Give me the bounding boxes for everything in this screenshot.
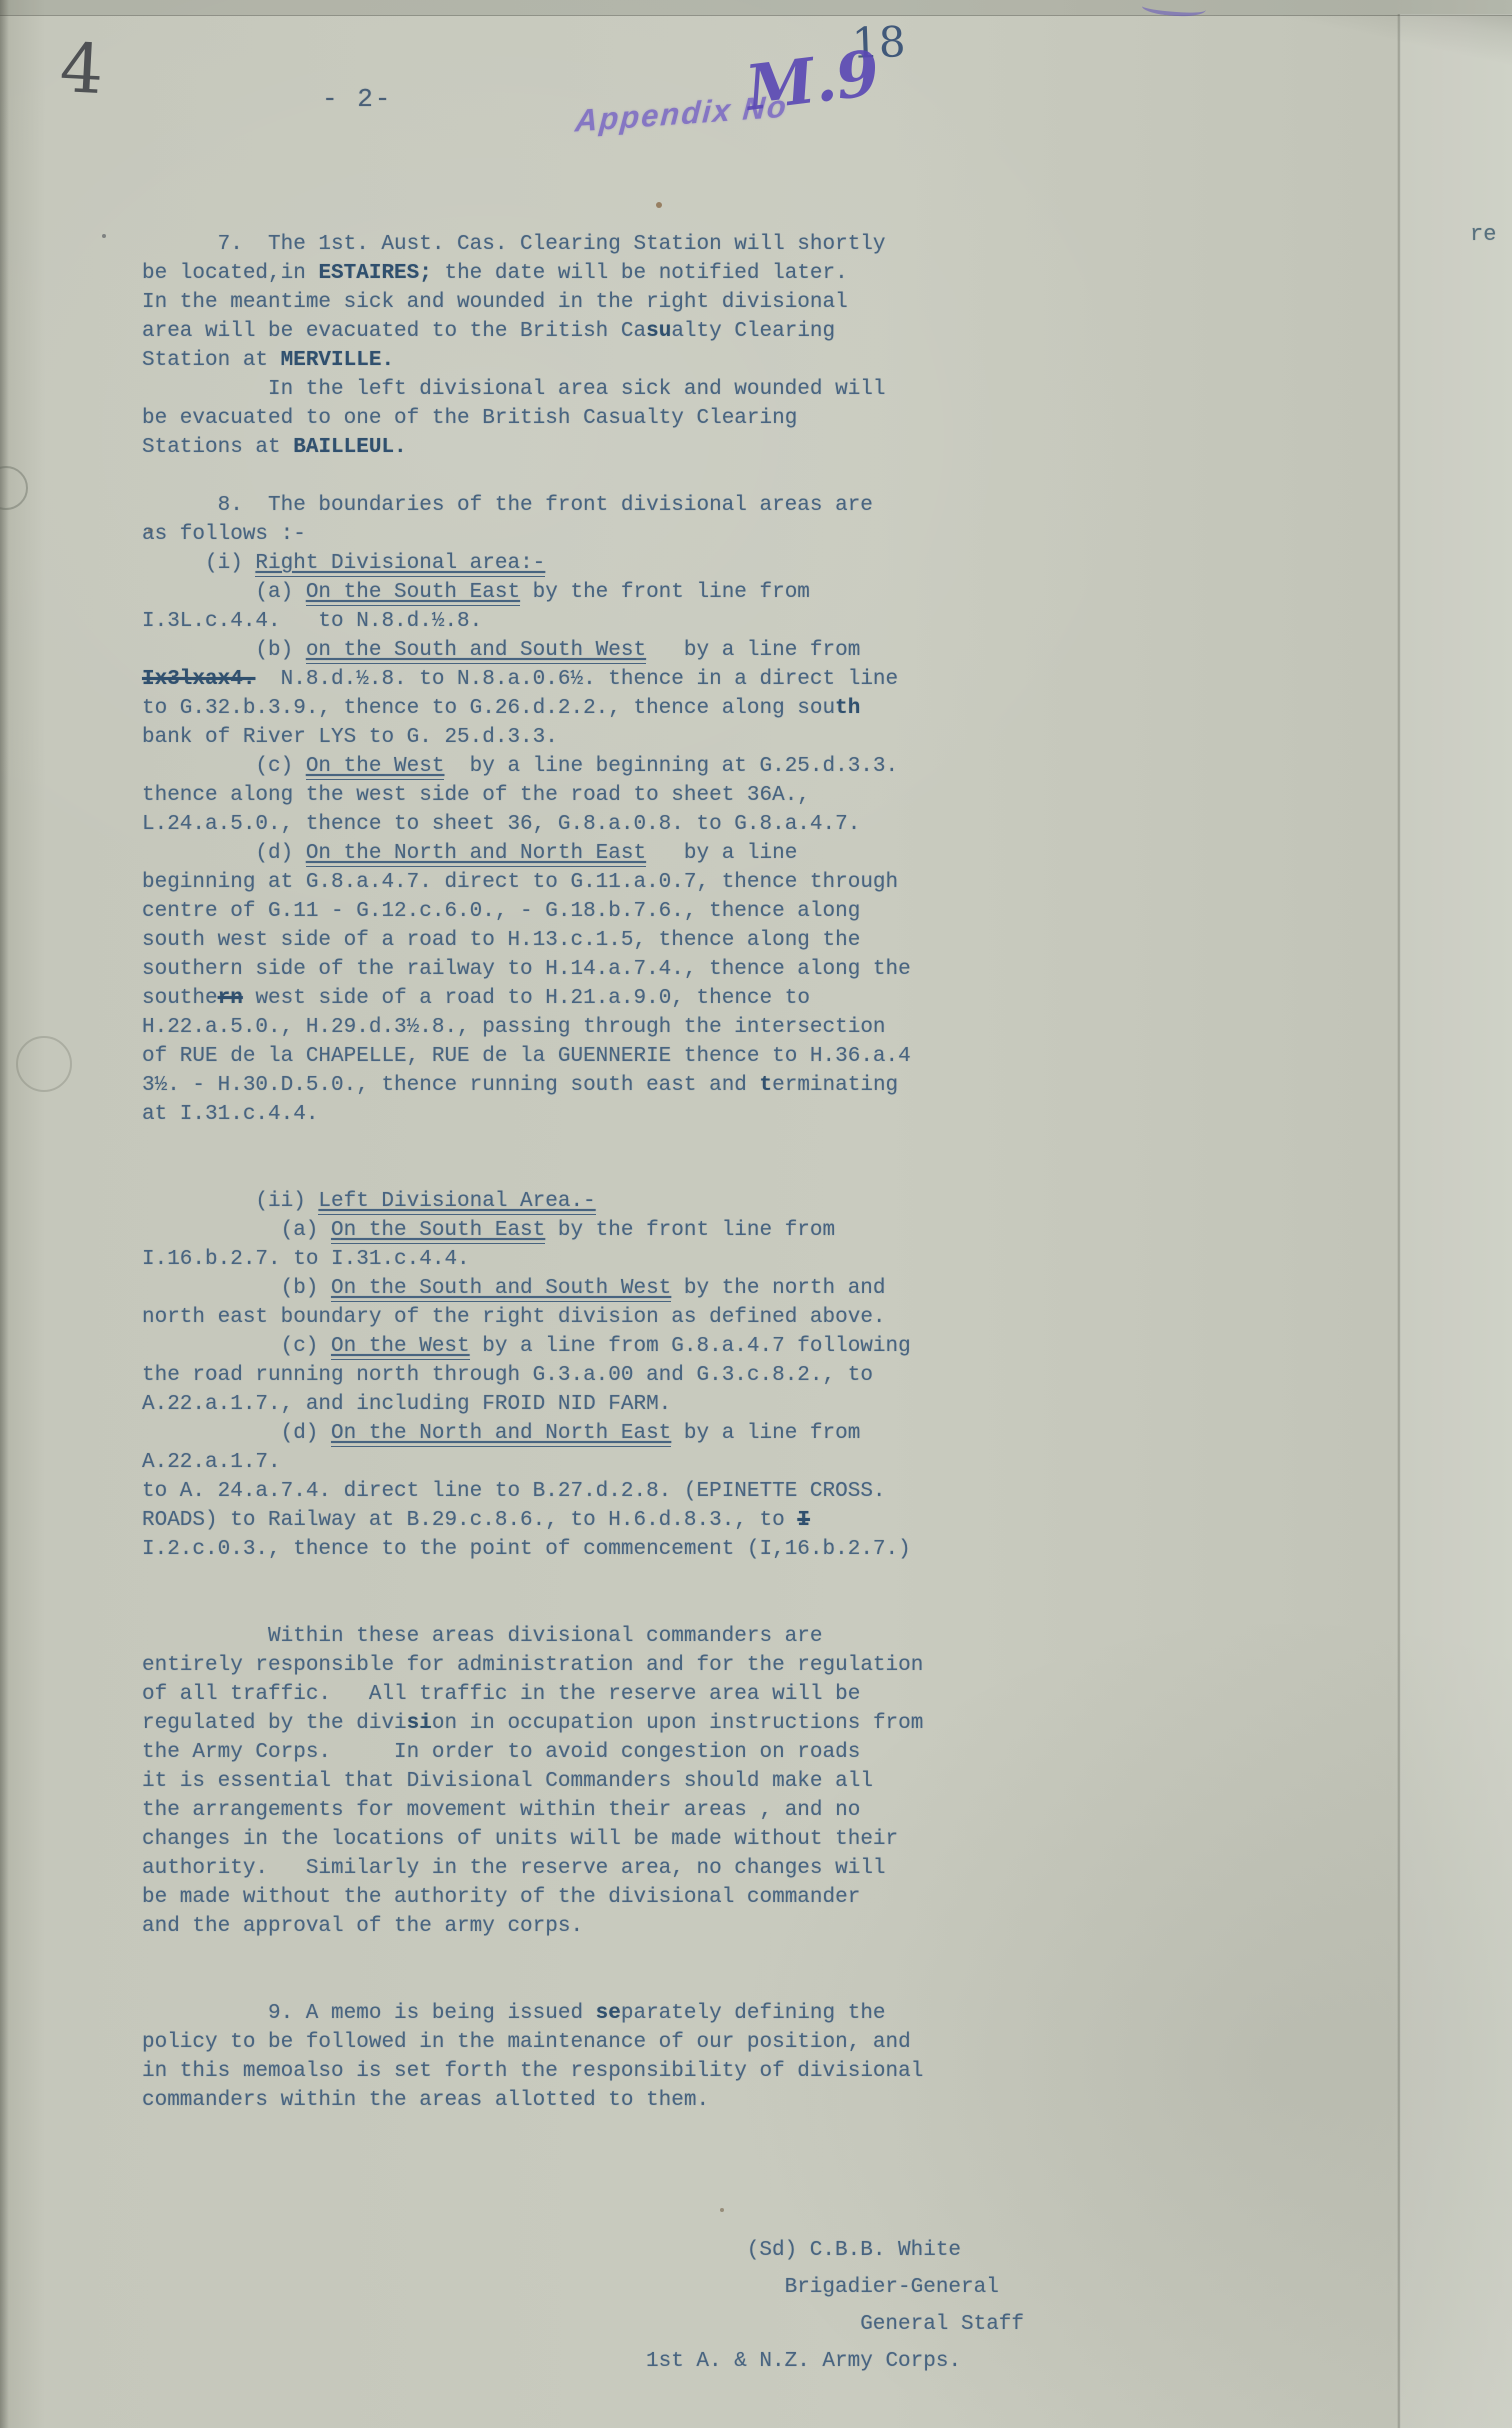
text-segment: by a line from <box>671 1422 860 1445</box>
text-segment: A.22.a.1.7., and including FROID NID FAR… <box>142 1393 671 1416</box>
text-segment: be evacuated to one of the British Casua… <box>142 407 797 430</box>
text-segment: by a line from G.8.a.4.7 following <box>470 1335 911 1358</box>
text-line: of RUE de la CHAPELLE, RUE de la GUENNER… <box>142 1042 1362 1071</box>
text-segment: BAILLEUL. <box>293 436 406 459</box>
text-line: the arrangements for movement within the… <box>142 1796 1362 1825</box>
text-segment: On the North and North East <box>331 1422 671 1447</box>
text-segment: authority. Similarly in the reserve area… <box>142 1857 886 1880</box>
text-line: (d) On the North and North East by a lin… <box>142 839 1362 868</box>
administration-paragraph: Within these areas divisional commanders… <box>142 1622 1362 1941</box>
text-segment: to G.32.b.3.9., thence to G.26.d.2.2., t… <box>142 697 835 720</box>
text-line: Ix3lxax4. N.8.d.½.8. to N.8.a.0.6½. then… <box>142 665 1362 694</box>
text-line: ROADS) to Railway at B.29.c.8.6., to H.6… <box>142 1506 1362 1535</box>
text-line: (Sd) C.B.B. White <box>142 2232 1024 2269</box>
text-segment: I.3L.c.4.4. to N.8.d.½.8. <box>142 610 482 633</box>
text-segment: MERVILLE. <box>281 349 394 372</box>
text-line: bank of River LYS to G. 25.d.3.3. <box>142 723 1362 752</box>
punch-hole <box>16 1036 72 1092</box>
appendix-number-handwritten: M.9 <box>743 42 883 120</box>
text-segment: on in occupation upon instructions from <box>432 1712 923 1735</box>
text-line: I.2.c.0.3., thence to the point of comme… <box>142 1535 1362 1564</box>
text-segment: the road running north through G.3.a.00 … <box>142 1364 873 1387</box>
signature-block: (Sd) C.B.B. WhiteBrigadier-GeneralGenera… <box>142 2232 1024 2380</box>
text-line: (i) Right Divisional area:- <box>142 549 1362 578</box>
text-segment: beginning at G.8.a.4.7. direct to G.11.a… <box>142 871 898 894</box>
text-line: 9. A memo is being issued separately def… <box>142 1999 1362 2028</box>
text-segment: and the approval of the army corps. <box>142 1915 583 1938</box>
text-segment: the date will be notified later. <box>432 262 848 285</box>
text-segment: I.16.b.2.7. to I.31.c.4.4. <box>142 1248 470 1271</box>
text-segment: On the West <box>331 1335 470 1360</box>
text-segment: (d) <box>255 842 305 865</box>
text-segment: be located,in <box>142 262 318 285</box>
text-segment: I.2.c.0.3., thence to the point of comme… <box>142 1538 911 1561</box>
text-line: centre of G.11 - G.12.c.6.0., - G.18.b.7… <box>142 897 1362 926</box>
text-segment: General Staff <box>860 2313 1024 2336</box>
text-segment: N.8.d.½.8. to N.8.a.0.6½. thence in a di… <box>255 668 898 691</box>
scan-top-edge <box>0 0 1512 16</box>
typed-page-number: - 2- <box>322 86 392 112</box>
text-line: the road running north through G.3.a.00 … <box>142 1361 1362 1390</box>
text-segment: (Sd) C.B.B. White <box>747 2239 961 2262</box>
text-line: southern side of the railway to H.14.a.7… <box>142 955 1362 984</box>
text-segment: On the South East <box>306 581 520 606</box>
text-line: area will be evacuated to the British Ca… <box>142 317 1362 346</box>
text-segment: southern side of the railway to H.14.a.7… <box>142 958 911 981</box>
paragraph-9: 9. A memo is being issued separately def… <box>142 1999 1362 2115</box>
text-line: of all traffic. All traffic in the reser… <box>142 1680 1362 1709</box>
text-segment: the arrangements for movement within the… <box>142 1799 860 1822</box>
text-line: (b) on the South and South West by a lin… <box>142 636 1362 665</box>
text-line: 7. The 1st. Aust. Cas. Clearing Station … <box>142 230 1362 259</box>
paragraph-8: 8. The boundaries of the front divisiona… <box>142 491 1362 1129</box>
text-segment: by the front line from <box>520 581 810 604</box>
text-segment: 1st A. & N.Z. Army Corps. <box>646 2350 961 2373</box>
text-segment: as follows :- <box>142 523 306 546</box>
text-segment: commanders within the areas allotted to … <box>142 2089 709 2112</box>
typed-body: 7. The 1st. Aust. Cas. Clearing Station … <box>142 230 1362 2115</box>
text-segment: (ii) <box>255 1190 318 1213</box>
text-line: Within these areas divisional commanders… <box>142 1622 1362 1651</box>
paper-speck <box>720 2208 724 2212</box>
punch-hole <box>0 466 28 510</box>
text-segment: A.22.a.1.7. <box>142 1451 281 1474</box>
text-segment: (a) <box>255 581 305 604</box>
text-segment: 7. The 1st. Aust. Cas. Clearing Station … <box>218 233 886 256</box>
text-line: commanders within the areas allotted to … <box>142 2086 1362 2115</box>
text-line: In the meantime sick and wounded in the … <box>142 288 1362 317</box>
text-line: thence along the west side of the road t… <box>142 781 1362 810</box>
text-segment: to A. 24.a.7.4. direct line to B.27.d.2.… <box>142 1480 886 1503</box>
text-segment: Within these areas divisional commanders… <box>268 1625 823 1648</box>
text-segment: south west side of a road to H.13.c.1.5,… <box>142 929 860 952</box>
text-line: (ii) Left Divisional Area.- <box>142 1187 1362 1216</box>
text-segment: Left Divisional Area.- <box>318 1190 595 1215</box>
text-segment: policy to be followed in the maintenance… <box>142 2031 911 2054</box>
text-segment: su <box>646 320 671 343</box>
text-segment: of RUE de la CHAPELLE, RUE de la GUENNER… <box>142 1045 911 1068</box>
text-segment: ESTAIRES; <box>318 262 431 285</box>
text-line: (c) On the West by a line from G.8.a.4.7… <box>142 1332 1362 1361</box>
text-segment: (c) <box>255 755 305 778</box>
text-segment: Ix3lxax4. <box>142 668 255 691</box>
page-number-pencil: 4 <box>58 35 105 105</box>
text-segment: by the north and <box>671 1277 885 1300</box>
text-line: (d) On the North and North East by a lin… <box>142 1419 1362 1448</box>
text-segment: of all traffic. All traffic in the reser… <box>142 1683 860 1706</box>
text-line: I.3L.c.4.4. to N.8.d.½.8. <box>142 607 1362 636</box>
text-segment: entirely responsible for administration … <box>142 1654 923 1677</box>
text-segment: Station at <box>142 349 281 372</box>
text-segment: thence along the west side of the road t… <box>142 784 810 807</box>
text-segment: In the left divisional area sick and wou… <box>268 378 886 401</box>
text-segment: north east boundary of the right divisio… <box>142 1306 886 1329</box>
scan-left-edge <box>0 0 9 2428</box>
text-segment: regulated by the divi <box>142 1712 407 1735</box>
text-line: L.24.a.5.0., thence to sheet 36, G.8.a.0… <box>142 810 1362 839</box>
text-segment: L.24.a.5.0., thence to sheet 36, G.8.a.0… <box>142 813 860 836</box>
text-segment: th <box>835 697 860 720</box>
text-line: (a) On the South East by the front line … <box>142 578 1362 607</box>
text-line: entirely responsible for administration … <box>142 1651 1362 1680</box>
paragraph-7: 7. The 1st. Aust. Cas. Clearing Station … <box>142 230 1362 462</box>
text-line: changes in the locations of units will b… <box>142 1825 1362 1854</box>
text-segment: area will be evacuated to the British Ca <box>142 320 646 343</box>
text-line: it is essential that Divisional Commande… <box>142 1767 1362 1796</box>
text-segment: by a line <box>646 842 797 865</box>
text-segment: 8. The boundaries of the front divisiona… <box>218 494 873 517</box>
text-line: south west side of a road to H.13.c.1.5,… <box>142 926 1362 955</box>
text-line: at I.31.c.4.4. <box>142 1100 1362 1129</box>
text-segment: si <box>407 1712 432 1735</box>
text-line: be made without the authority of the div… <box>142 1883 1362 1912</box>
text-line: (c) On the West by a line beginning at G… <box>142 752 1362 781</box>
text-segment: On the North and North East <box>306 842 646 867</box>
text-segment: be made without the authority of the div… <box>142 1886 860 1909</box>
text-line: 1st A. & N.Z. Army Corps. <box>142 2343 1024 2380</box>
text-segment: Brigadier-General <box>785 2276 999 2299</box>
page-corner-shade <box>1082 15 1512 145</box>
text-segment: west side of a road to H.21.a.9.0, thenc… <box>243 987 810 1010</box>
text-line: In the left divisional area sick and wou… <box>142 375 1362 404</box>
text-segment: rn <box>218 987 243 1010</box>
text-line: regulated by the division in occupation … <box>142 1709 1362 1738</box>
text-segment: it is essential that Divisional Commande… <box>142 1770 873 1793</box>
text-segment: on the South and South West <box>306 639 646 664</box>
text-segment: (a) <box>281 1219 331 1242</box>
text-line: (b) On the South and South West by the n… <box>142 1274 1362 1303</box>
text-line: Stations at BAILLEUL. <box>142 433 1362 462</box>
text-line: (a) On the South East by the front line … <box>142 1216 1362 1245</box>
text-line: north east boundary of the right divisio… <box>142 1303 1362 1332</box>
text-line: the Army Corps. In order to avoid conges… <box>142 1738 1362 1767</box>
section-ii-left-divisional-area: (ii) Left Divisional Area.-(a) On the So… <box>142 1187 1362 1564</box>
paper-speck <box>656 202 662 208</box>
text-segment: by the front line from <box>545 1219 835 1242</box>
text-segment: (d) <box>281 1422 331 1445</box>
page-right-margin-strip <box>1401 14 1512 2428</box>
text-segment: erminating <box>772 1074 898 1097</box>
text-segment: changes in the locations of units will b… <box>142 1828 898 1851</box>
text-line: policy to be followed in the maintenance… <box>142 2028 1362 2057</box>
text-segment: 3½. - H.30.D.5.0., thence running south … <box>142 1074 760 1097</box>
text-line: to A. 24.a.7.4. direct line to B.27.d.2.… <box>142 1477 1362 1506</box>
text-segment: ROADS) to Railway at B.29.c.8.6., to H.6… <box>142 1509 797 1532</box>
text-segment: (b) <box>255 639 305 662</box>
page-fold-line <box>1397 14 1401 2428</box>
text-segment: In the meantime sick and wounded in the … <box>142 291 848 314</box>
text-line: and the approval of the army corps. <box>142 1912 1362 1941</box>
text-line: A.22.a.1.7., and including FROID NID FAR… <box>142 1390 1362 1419</box>
text-line: I.16.b.2.7. to I.31.c.4.4. <box>142 1245 1362 1274</box>
paper-speck <box>102 234 106 238</box>
text-segment: alty Clearing <box>671 320 835 343</box>
text-segment: On the West <box>306 755 445 780</box>
text-segment: in this memoalso is set forth the respon… <box>142 2060 923 2083</box>
text-segment: (b) <box>281 1277 331 1300</box>
text-line: beginning at G.8.a.4.7. direct to G.11.a… <box>142 868 1362 897</box>
text-segment: 9. A memo is being issued <box>268 2002 596 2025</box>
text-segment: (i) <box>205 552 255 575</box>
text-segment: centre of G.11 - G.12.c.6.0., - G.18.b.7… <box>142 900 860 923</box>
text-line: as follows :- <box>142 520 1362 549</box>
text-segment: southe <box>142 987 218 1010</box>
text-segment: Right Divisional area:- <box>255 552 545 577</box>
text-segment: by a line beginning at G.25.d.3.3. <box>444 755 898 778</box>
text-segment: t <box>760 1074 773 1097</box>
text-segment: (c) <box>281 1335 331 1358</box>
text-line: A.22.a.1.7. <box>142 1448 1362 1477</box>
text-segment: Stations at <box>142 436 293 459</box>
text-segment: the Army Corps. In order to avoid conges… <box>142 1741 860 1764</box>
text-line: Station at MERVILLE. <box>142 346 1362 375</box>
adjacent-page-fragment: re <box>1470 224 1496 246</box>
text-line: be evacuated to one of the British Casua… <box>142 404 1362 433</box>
text-line: General Staff <box>142 2306 1024 2343</box>
text-segment: parately defining the <box>621 2002 886 2025</box>
text-line: to G.32.b.3.9., thence to G.26.d.2.2., t… <box>142 694 1362 723</box>
text-segment: bank of River LYS to G. 25.d.3.3. <box>142 726 558 749</box>
text-segment: On the South and South West <box>331 1277 671 1302</box>
text-line: be located,in ESTAIRES; the date will be… <box>142 259 1362 288</box>
text-line: authority. Similarly in the reserve area… <box>142 1854 1362 1883</box>
text-segment: se <box>596 2002 621 2025</box>
text-line: Brigadier-General <box>142 2269 1024 2306</box>
text-line: 8. The boundaries of the front divisiona… <box>142 491 1362 520</box>
text-line: H.22.a.5.0., H.29.d.3½.8., passing throu… <box>142 1013 1362 1042</box>
text-line: southern west side of a road to H.21.a.9… <box>142 984 1362 1013</box>
text-segment: at I.31.c.4.4. <box>142 1103 318 1126</box>
text-line: 3½. - H.30.D.5.0., thence running south … <box>142 1071 1362 1100</box>
text-segment: H.22.a.5.0., H.29.d.3½.8., passing throu… <box>142 1016 886 1039</box>
text-segment: I <box>797 1509 810 1532</box>
text-segment: On the South East <box>331 1219 545 1244</box>
text-segment: by a line from <box>646 639 860 662</box>
paper: 4 - 2- 18 Appendix No M.9 re 7. The 1st.… <box>0 0 1512 2428</box>
text-line: in this memoalso is set forth the respon… <box>142 2057 1362 2086</box>
